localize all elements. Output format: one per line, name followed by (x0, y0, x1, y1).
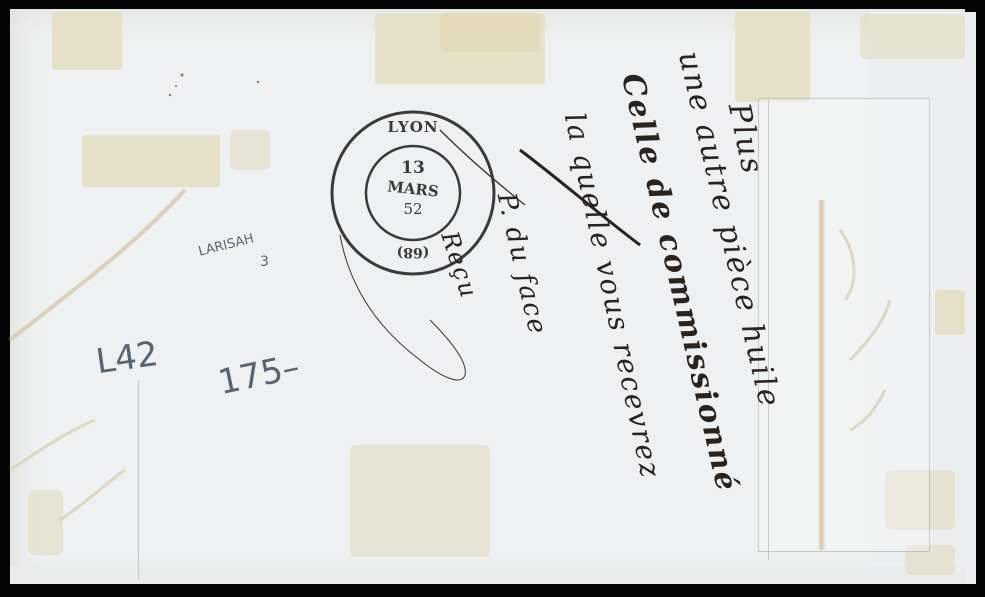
postmark-year: 52 (332, 200, 494, 218)
pencil-note-code: L42 (94, 334, 161, 382)
ink-strokes (0, 0, 985, 597)
pencil-note-number: 3 (260, 254, 269, 270)
postmark: LYON 13 MARS 52 (68) (332, 112, 494, 274)
postmark-town: LYON (332, 118, 494, 136)
